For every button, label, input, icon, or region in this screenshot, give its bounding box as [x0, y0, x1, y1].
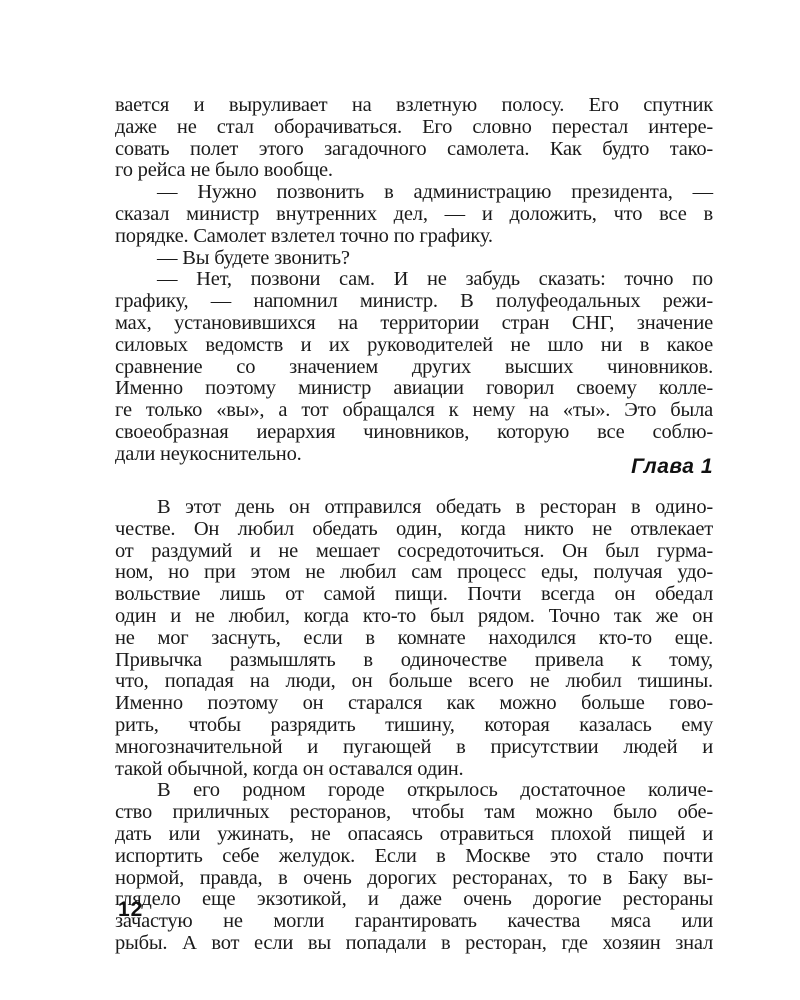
text-line: не мог заснуть, если в комнате находился… — [115, 628, 713, 650]
text-line: такой обычной, когда он оставался один. — [115, 759, 713, 781]
text-line: от раздумий и не мешает сосредоточиться.… — [115, 541, 713, 563]
text-line: сказал министр внутренних дел, — и долож… — [115, 204, 713, 226]
text-line: один и не любил, когда кто-то был рядом.… — [115, 606, 713, 628]
text-line: вольствие лишь от самой пищи. Почти всег… — [115, 584, 713, 606]
text-line: рыбы. А вот если вы попадали в ресторан,… — [115, 933, 713, 955]
text-line: честве. Он любил обедать один, когда ник… — [115, 519, 713, 541]
text-line: даже не стал оборачиваться. Его словно п… — [115, 117, 713, 139]
text-line: нормой, правда, в очень дорогих ресторан… — [115, 868, 713, 890]
text-line: В его родном городе открылось достаточно… — [115, 780, 713, 802]
page-number: 12 — [118, 898, 143, 922]
text-line: ге только «вы», а тот обращался к нему н… — [115, 400, 713, 422]
text-line: — Нет, позвони сам. И не забудь сказать:… — [115, 269, 713, 291]
text-line: многозначительной и пугающей в присутств… — [115, 737, 713, 759]
text-line: Привычка размышлять в одиночестве привел… — [115, 650, 713, 672]
text-line: ном, но при этом не любил сам процесс ед… — [115, 562, 713, 584]
chapter-text-block: В этот день он отправился обедать в рест… — [115, 497, 713, 955]
text-line: — Вы будете звонить? — [115, 248, 713, 270]
text-line: — Нужно позвонить в администрацию презид… — [115, 182, 713, 204]
text-line: глядело еще экзотикой, и даже очень доро… — [115, 889, 713, 911]
text-line: мах, установившихся на территории стран … — [115, 313, 713, 335]
text-line: сравнение со значением других высших чин… — [115, 357, 713, 379]
chapter-heading: Глава 1 — [115, 455, 713, 479]
text-line: го рейса не было вообще. — [115, 160, 713, 182]
text-line: что, попадая на люди, он больше всего не… — [115, 671, 713, 693]
text-line: В этот день он отправился обедать в рест… — [115, 497, 713, 519]
text-line: вается и выруливает на взлетную полосу. … — [115, 95, 713, 117]
text-line: рить, чтобы разрядить тишину, которая ка… — [115, 715, 713, 737]
text-line: своеобразная иерархия чиновников, котору… — [115, 422, 713, 444]
text-line: совать полет этого загадочного самолета.… — [115, 139, 713, 161]
text-line: ство приличных ресторанов, чтобы там мож… — [115, 802, 713, 824]
text-line: зачастую не могли гарантировать качества… — [115, 911, 713, 933]
text-line: графику, — напомнил министр. В полуфеода… — [115, 291, 713, 313]
continuation-text-block: вается и выруливает на взлетную полосу. … — [115, 95, 713, 466]
text-line: дать или ужинать, не опасаясь отравиться… — [115, 824, 713, 846]
text-line: Именно поэтому министр авиации говорил с… — [115, 378, 713, 400]
text-line: испортить себе желудок. Если в Москве эт… — [115, 846, 713, 868]
text-line: порядке. Самолет взлетел точно по график… — [115, 226, 713, 248]
text-line: силовых ведомств и их руководителей не ш… — [115, 335, 713, 357]
text-line: Именно поэтому он старался как можно бол… — [115, 693, 713, 715]
